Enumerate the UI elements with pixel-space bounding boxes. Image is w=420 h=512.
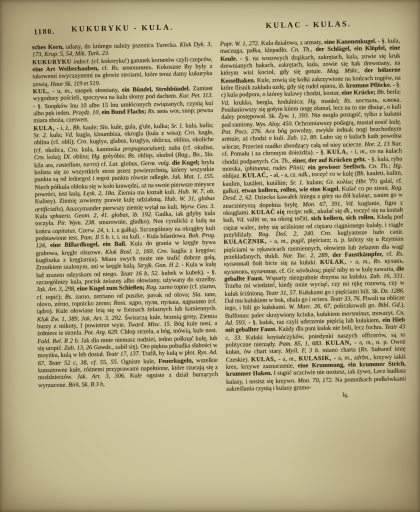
text-run: Przędz. 10, (72, 109, 101, 117)
text-run: mankó; (321, 97, 344, 104)
text-run: dk., (343, 207, 353, 214)
headword: KULAS, (251, 356, 279, 364)
text-run: Hbr. (356, 178, 370, 185)
text-run: Hg. (308, 98, 321, 105)
dictionary-paragraph: KUKURYKU indecl. (cf. kokoryku!) gatunek… (32, 56, 213, 89)
headword: KULA, (327, 149, 351, 156)
text-run: indecl. (73, 58, 90, 65)
text-run: Gr. (287, 267, 296, 274)
left-column: sches Korn, udany, do którego należy psz… (32, 41, 220, 507)
text-run: Sla. (192, 291, 204, 298)
text-run: - a, (350, 259, 363, 266)
dictionary-paragraph: KUL, - u, m., snopek słomiany, ein Bünde… (33, 85, 214, 125)
text-run: - i, (350, 148, 360, 155)
text-run: ) cf. (97, 160, 109, 167)
text-run: cf. (102, 65, 112, 72)
text-run: Rs. (148, 108, 157, 115)
headword: KULAĆ, (242, 172, 270, 180)
dictionary-paragraph: KULA, - i, ż., Bh. kaule; Slo. kule, gul… (33, 122, 218, 390)
text-run: Hg. (92, 153, 103, 160)
running-head-right: KULAC - KULAS. (218, 18, 400, 30)
text-run: m., Rs. (363, 258, 385, 265)
text-run: - u, (52, 88, 64, 95)
text-run: - i, (57, 124, 66, 131)
text-run: m., pugil, (281, 237, 308, 244)
text-run: Slo. (100, 124, 111, 131)
text-run: oblisz; (73, 153, 92, 160)
scanned-page: 1180. KUKURYKU - KULA. KULAC - KULAS. sc… (0, 0, 420, 512)
text-run: Lat. (109, 160, 121, 167)
text-run: cz. ndk. (290, 171, 309, 178)
text-run: kulam; (306, 178, 326, 185)
text-run: Sr. 1. (171, 122, 186, 129)
text-run: mosazyt. (372, 309, 396, 316)
text-run: Sr. 1. (290, 179, 306, 186)
text-run: Bh. (357, 170, 367, 177)
text-run: ż., Bh. (65, 124, 83, 131)
text-run: m., (289, 355, 299, 362)
text-run: kila ara, (34, 161, 56, 168)
text-run: Mon. 70, 172. (298, 377, 336, 385)
text-run: - a, (334, 354, 345, 361)
text-run: ein Bund Flachs; (101, 108, 147, 116)
text-run: golyóbis; (103, 153, 128, 160)
text-run: Bs. (65, 293, 76, 300)
text-run: Cn. Th., (291, 46, 316, 53)
headword: KUL, (33, 88, 53, 95)
text-run: Bibl. Gd. (378, 302, 401, 309)
text-run: kola); (47, 154, 64, 161)
text-columns: sches Korn, udany, do którego należy psz… (32, 37, 408, 507)
text-run: Rs. (111, 65, 122, 72)
text-run: Gr. (326, 178, 337, 185)
running-header: 1180. KUKURYKU - KULA. KULAC - KULAS. (32, 18, 400, 39)
text-run: ukulać się (317, 207, 343, 214)
text-run: Bh. (377, 89, 387, 96)
text-run: Vd. (236, 217, 247, 224)
text-run: berla; (387, 89, 401, 96)
text-run: Rs. (344, 97, 356, 104)
text-run: Dl. (63, 154, 73, 161)
text-run: Cn. Th., (271, 157, 292, 164)
text-run: Cro. (77, 139, 90, 146)
dictionary-paragraph: Papr. W. 1, 272. Kula działowa, z armaty… (220, 37, 406, 393)
text-run: - ał, - a, (270, 172, 290, 179)
text-run: - a, (278, 355, 289, 362)
text-run: oblijaz. (222, 173, 242, 180)
text-run: κυλίω; (336, 178, 355, 185)
text-run: Rs. (360, 346, 371, 353)
text-run: Vd. (221, 99, 234, 106)
page-sheet: 1180. KUKURYKU - KULA. KULAC - KULAS. sc… (0, 0, 420, 512)
text-run: m., zdrbn., (344, 354, 373, 362)
text-run: kaule; (83, 124, 100, 131)
text-run: Cro. (68, 146, 82, 153)
text-run: Rag. (146, 284, 159, 291)
right-column: Papr. W. 1, 272. Kula działowa, z armaty… (220, 37, 408, 503)
text-run: - a, (270, 238, 281, 245)
text-run: Cro. (34, 154, 47, 161)
text-run: Bs. (128, 152, 138, 159)
text-run: Birk. Sk. B 3 b, (68, 381, 105, 389)
text-run: globus, (121, 160, 141, 167)
text-run: Jak. Art. 3, 306. (77, 373, 130, 381)
running-head-left: KUKURYKU - KULA. (32, 22, 214, 34)
text-run: udany, do którego należy pszenica Tureck… (66, 42, 180, 51)
